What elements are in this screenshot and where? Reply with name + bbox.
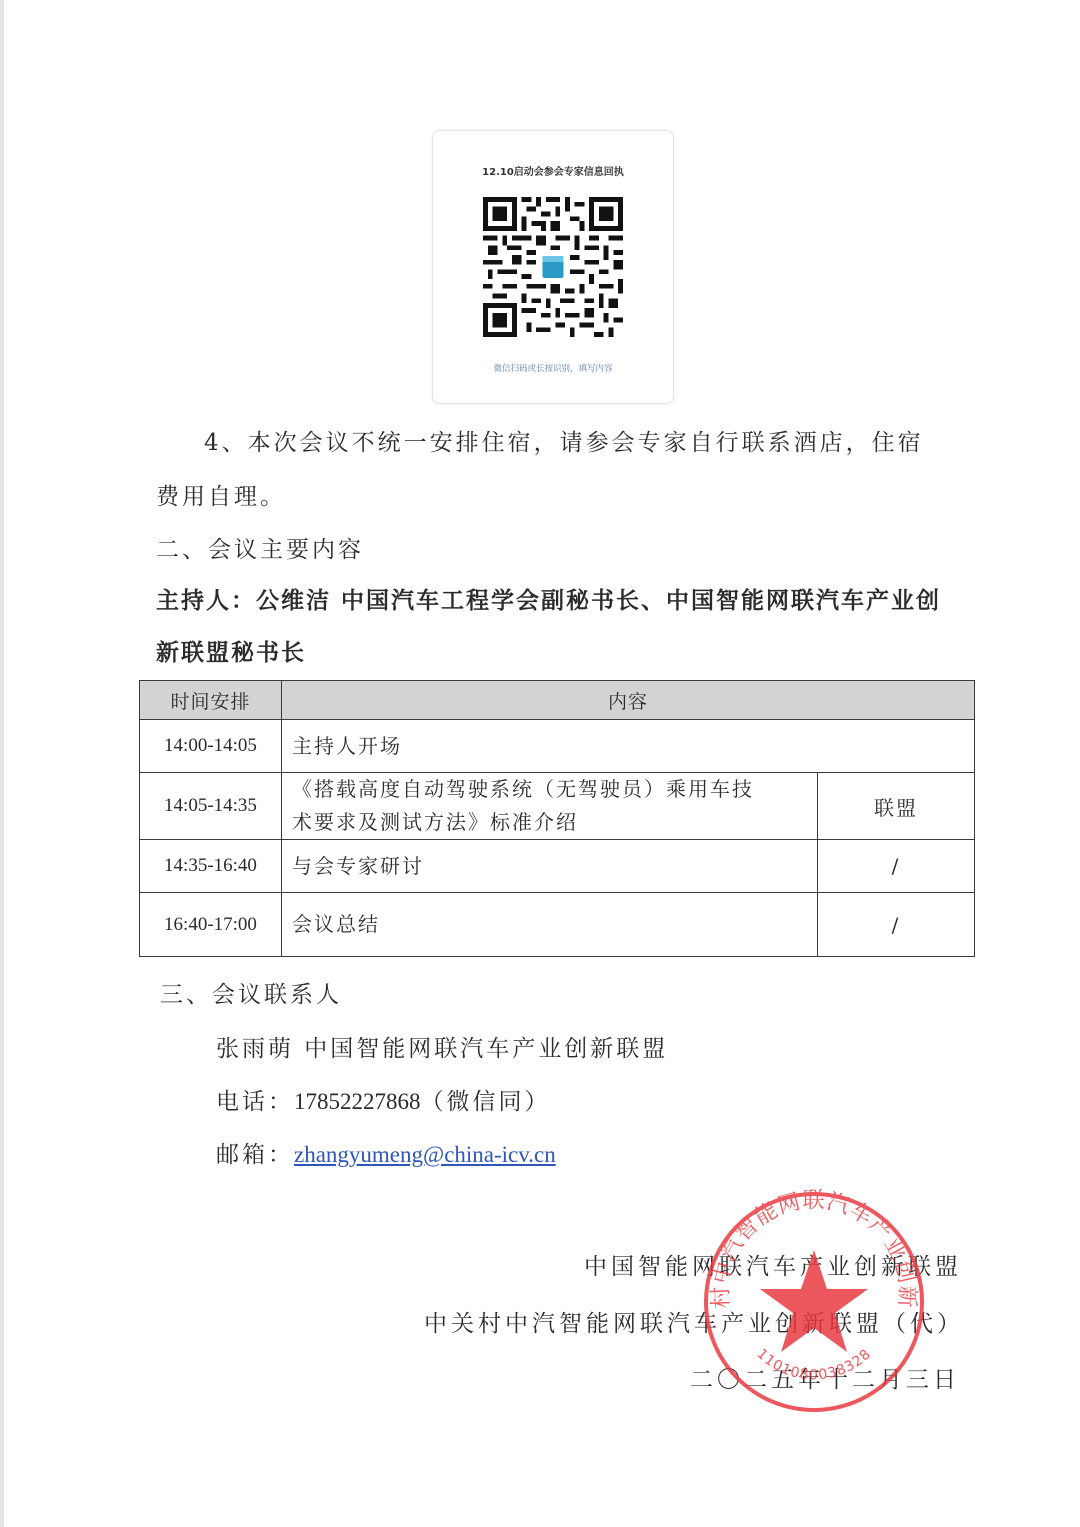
row-owner: / <box>818 840 975 893</box>
section3-heading: 三、会议联系人 <box>160 976 342 1009</box>
row-time: 14:00-14:05 <box>140 720 282 773</box>
row-content: 主持人开场 <box>282 720 975 773</box>
qr-code-card: 12.10启动会参会专家信息回执 <box>432 130 674 404</box>
email-label: 邮箱： <box>216 1142 294 1168</box>
phone-label: 电话： <box>216 1089 294 1115</box>
row-time: 14:05-14:35 <box>140 773 282 840</box>
qr-card-caption: 微信扫码或长按识别，填写内容 <box>433 362 673 374</box>
table-row: 14:05-14:35 《搭载高度自动驾驶系统（无驾驶员）乘用车技 术要求及测试… <box>140 773 975 840</box>
phone-note: （微信同） <box>421 1089 551 1115</box>
row-content: 与会专家研讨 <box>282 840 818 893</box>
qr-card-title: 12.10启动会参会专家信息回执 <box>433 163 673 178</box>
header-time: 时间安排 <box>140 681 282 720</box>
signature-org1: 中国智能网联汽车产业创新联盟 <box>584 1248 962 1281</box>
row-content-line2: 术要求及测试方法》标准介绍 <box>292 806 817 839</box>
header-content: 内容 <box>282 681 975 720</box>
table-row: 14:35-16:40 与会专家研讨 / <box>140 840 975 893</box>
row-owner: 联盟 <box>818 773 975 840</box>
row-time: 16:40-17:00 <box>140 893 282 957</box>
table-row: 14:00-14:05 主持人开场 <box>140 720 975 773</box>
row-owner: / <box>818 893 975 957</box>
page-edge <box>0 0 4 1527</box>
table-row: 16:40-17:00 会议总结 / <box>140 893 975 957</box>
host-line1: 主持人：公维洁 中国汽车工程学会副秘书长、中国智能网联汽车产业创 <box>156 582 941 615</box>
host-line2: 新联盟秘书长 <box>156 634 306 667</box>
qr-code-icon[interactable] <box>483 197 623 337</box>
contact-phone: 电话：17852227868（微信同） <box>216 1083 551 1116</box>
contact-email: 邮箱：zhangyumeng@china-icv.cn <box>216 1136 556 1169</box>
item4-line2: 费用自理。 <box>156 478 286 511</box>
row-content-line1: 《搭载高度自动驾驶系统（无驾驶员）乘用车技 <box>292 773 817 806</box>
row-content: 会议总结 <box>282 893 818 957</box>
signature-date: 二〇二五年十二月三日 <box>690 1361 960 1394</box>
item4-line1: 4、本次会议不统一安排住宿，请参会专家自行联系酒店，住宿 <box>204 424 924 457</box>
section2-heading: 二、会议主要内容 <box>156 531 364 564</box>
agenda-table: 时间安排 内容 14:00-14:05 主持人开场 14:05-14:35 《搭… <box>139 680 975 957</box>
row-content: 《搭载高度自动驾驶系统（无驾驶员）乘用车技 术要求及测试方法》标准介绍 <box>282 773 818 840</box>
email-link[interactable]: zhangyumeng@china-icv.cn <box>294 1142 556 1167</box>
row-time: 14:35-16:40 <box>140 840 282 893</box>
signature-org2: 中关村中汽智能网联汽车产业创新联盟（代） <box>424 1305 964 1338</box>
table-header-row: 时间安排 内容 <box>140 681 975 720</box>
contact-name: 张雨萌 中国智能网联汽车产业创新联盟 <box>216 1030 668 1063</box>
phone-number: 17852227868 <box>294 1089 421 1114</box>
